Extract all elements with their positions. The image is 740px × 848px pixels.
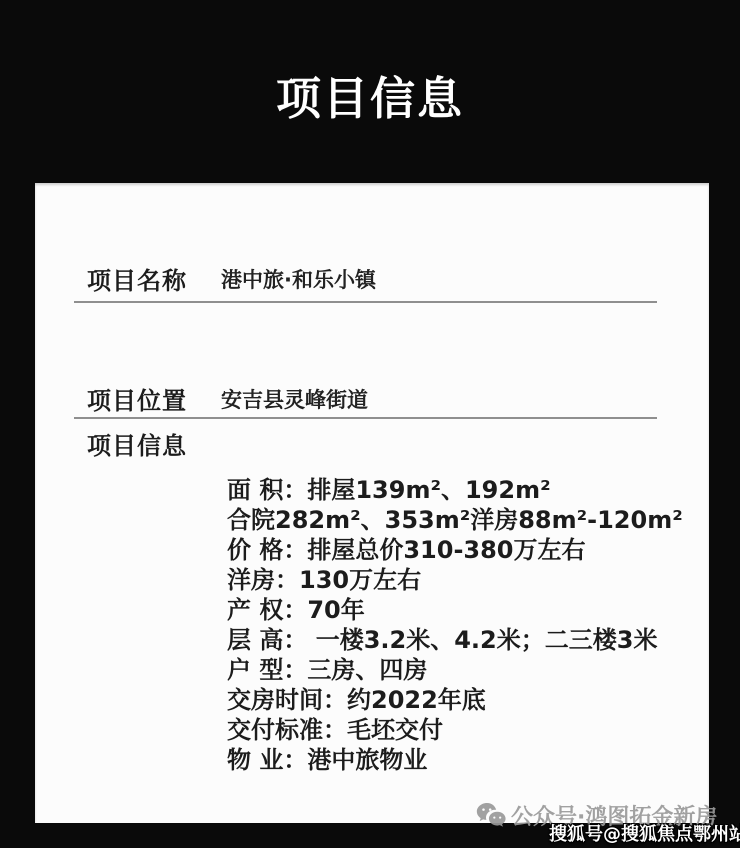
detail-line-property-rights: 产 权：70年: [227, 595, 667, 625]
detail-line-price: 价 格：排屋总价310-380万左右: [227, 535, 667, 565]
divider: [74, 417, 657, 419]
detail-line-delivery-time: 交房时间：约2022年底: [227, 685, 667, 715]
project-location-label: 项目位置: [87, 381, 187, 416]
field-row-project-name: 项目名称 港中旅·和乐小镇: [87, 261, 187, 291]
sohu-watermark: 搜狐号@搜狐焦点鄂州站: [549, 820, 740, 846]
field-row-project-details: 项目信息: [87, 426, 187, 456]
detail-line-area: 面 积：排屋139m²、192m²: [227, 475, 667, 505]
detail-line-delivery-standard: 交付标准：毛坯交付: [227, 715, 667, 745]
project-details-label: 项目信息: [87, 426, 187, 461]
wechat-icon: [476, 802, 506, 829]
page-title: 项目信息: [0, 62, 740, 127]
project-info-page: { "page_title": "项目信息", "panel": { "fiel…: [0, 0, 740, 848]
detail-line-property-management: 物 业：港中旅物业: [227, 745, 667, 775]
project-location-value: 安吉县灵峰街道: [221, 384, 368, 414]
detail-line-floor-height: 层 高： 一楼3.2米、4.2米；二三楼3米: [227, 625, 667, 655]
detail-line-price-2: 洋房：130万左右: [227, 565, 667, 595]
detail-line-area-2: 合院282m²、353m²洋房88m²-120m²: [227, 505, 667, 535]
details-block: 面 积：排屋139m²、192m² 合院282m²、353m²洋房88m²-12…: [227, 475, 667, 775]
project-name-label: 项目名称: [87, 261, 187, 296]
field-row-project-location: 项目位置 安吉县灵峰街道: [87, 381, 187, 411]
detail-line-unit-type: 户 型：三房、四房: [227, 655, 667, 685]
project-name-value: 港中旅·和乐小镇: [221, 264, 376, 294]
divider: [74, 301, 657, 303]
info-panel: 项目名称 港中旅·和乐小镇 项目位置 安吉县灵峰街道 项目信息 面 积：排屋13…: [35, 183, 709, 823]
